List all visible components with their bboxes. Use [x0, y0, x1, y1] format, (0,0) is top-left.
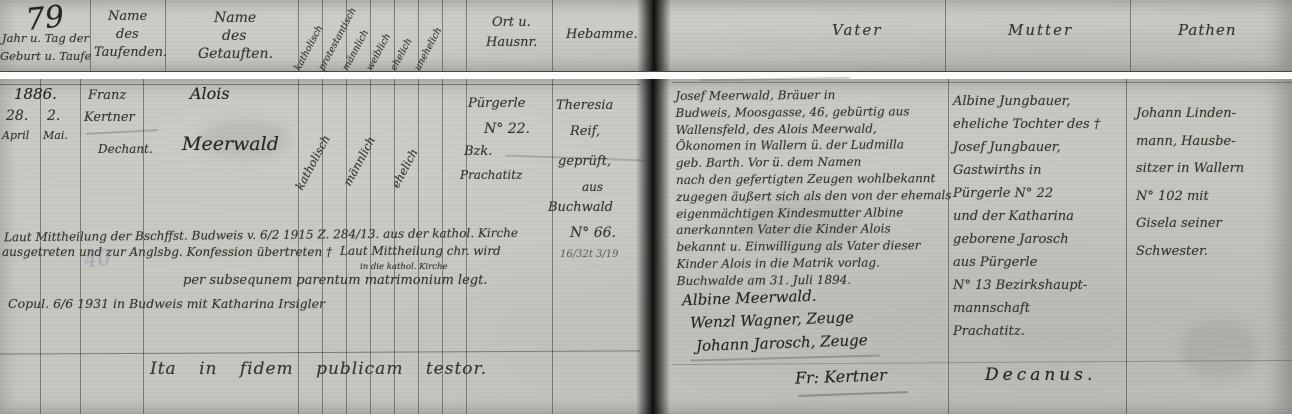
- baptized-first-name: Alois: [190, 85, 230, 103]
- midwife-reference-number: 16/32t 3/19: [560, 249, 618, 261]
- midwife-last-name: Reif,: [570, 125, 600, 140]
- book-gutter: [637, 0, 671, 71]
- margin-note-1915-line1: Laut Mittheilung der Bschffst. Budweis v…: [4, 227, 518, 245]
- column-divider: [945, 0, 946, 71]
- margin-note-1915-line2: ausgetreten und zur Anglsbg. Konfession …: [2, 246, 332, 260]
- header-baptized-1: Name: [214, 10, 256, 26]
- signature-mother: Albine Meerwald.: [682, 288, 817, 310]
- baptizer-first-name: Franz: [88, 89, 126, 104]
- paper-stain: [740, 199, 860, 249]
- midwife-first-name: Theresia: [556, 99, 613, 114]
- attestation-latin: Ita in fidem publicam testor.: [150, 360, 487, 380]
- record-year: 1886.: [14, 86, 57, 103]
- signature-witness-2: Johann Jarosch, Zeuge: [696, 332, 868, 355]
- header-baptized-3: Getauften.: [198, 46, 273, 62]
- header-place-1: Ort u.: [492, 16, 531, 31]
- baptizer-last-name: Kertner: [84, 111, 135, 126]
- row-top-rule: [0, 84, 640, 85]
- pencil-smudge-number: 40: [82, 245, 112, 273]
- record-birth-day: 28.: [6, 108, 28, 124]
- header-place-2: Hausnr.: [486, 36, 537, 51]
- midwife-certified: geprüft,: [558, 155, 611, 170]
- paper-stain: [1180, 319, 1260, 379]
- header-baptized-2: des: [222, 28, 246, 44]
- paper-stain: [200, 119, 290, 159]
- header-father: Vater: [832, 22, 882, 39]
- record-baptism-month: Mai.: [43, 130, 68, 143]
- register-header-strip: 79 Jahr u. Tag der Geburt u. Taufe Name …: [0, 0, 1292, 72]
- midwife-place: Buchwald: [548, 201, 613, 216]
- dean-signature: Fr: Kertner: [795, 366, 887, 388]
- margin-note-church-return: Laut Mittheilung chr. wird: [340, 245, 501, 259]
- header-date-line2: Geburt u. Taufe: [0, 50, 91, 63]
- midwife-from: aus: [582, 181, 603, 195]
- column-divider: [552, 79, 553, 414]
- book-gutter: [636, 79, 670, 414]
- header-godparents: Pathen: [1178, 22, 1237, 39]
- signature-underline: [690, 355, 880, 362]
- signature-witness-1: Wenzl Wagner, Zeuge: [690, 309, 854, 332]
- pen-flourish: [86, 129, 158, 135]
- record-religion: katholisch: [293, 133, 333, 192]
- place-number: N° 22.: [484, 121, 530, 137]
- header-mother: Mutter: [1008, 22, 1073, 39]
- father-entry: Josef Meerwald, Bräuer inBudweis, Moosga…: [675, 86, 952, 289]
- header-baptizer-1: Name: [108, 10, 147, 25]
- row-bottom-rule: [0, 350, 640, 354]
- scan-seam: [0, 72, 1292, 79]
- midwife-house-number: N° 66.: [570, 225, 616, 241]
- row-top-rule: [672, 82, 1292, 83]
- signature-underline: [798, 391, 908, 397]
- record-birth-month: April: [2, 130, 29, 143]
- column-divider: [1130, 0, 1131, 71]
- place-district: Prachatitz: [460, 169, 522, 183]
- godparents-entry: Johann Linden-mann, Hausbe-sitzer in Wal…: [1136, 100, 1244, 265]
- header-date-line1: Jahr u. Tag der: [2, 32, 89, 45]
- baptizer-title: Dechant.: [98, 143, 153, 157]
- place-district-abbr: Bzk.: [464, 145, 492, 160]
- mother-entry: Albine Jungbauer,eheliche Tochter des †J…: [953, 90, 1100, 343]
- column-divider: [466, 0, 467, 71]
- record-baptism-day: 2.: [47, 108, 60, 124]
- place-name: Pürgerle: [468, 97, 525, 112]
- header-baptizer-3: Taufenden.: [94, 46, 167, 61]
- margin-note-insert: in die kathol. Kirche: [360, 263, 448, 273]
- dean-title: Decanus.: [985, 366, 1096, 386]
- header-baptizer-2: des: [116, 28, 139, 43]
- register-record-strip: 1886. 28. 2. April Mai. Franz Kertner De…: [0, 79, 1292, 414]
- column-divider: [552, 0, 553, 71]
- column-divider: [1126, 79, 1127, 414]
- register-scan: 79 Jahr u. Tag der Geburt u. Taufe Name …: [0, 0, 1292, 414]
- margin-note-latin-legitimation: per subsequnem parentum matrimonium legt…: [183, 274, 487, 289]
- header-midwife: Hebamme.: [566, 28, 638, 43]
- margin-note-marriage: Copul. 6/6 1931 in Budweis mit Katharina…: [8, 297, 325, 311]
